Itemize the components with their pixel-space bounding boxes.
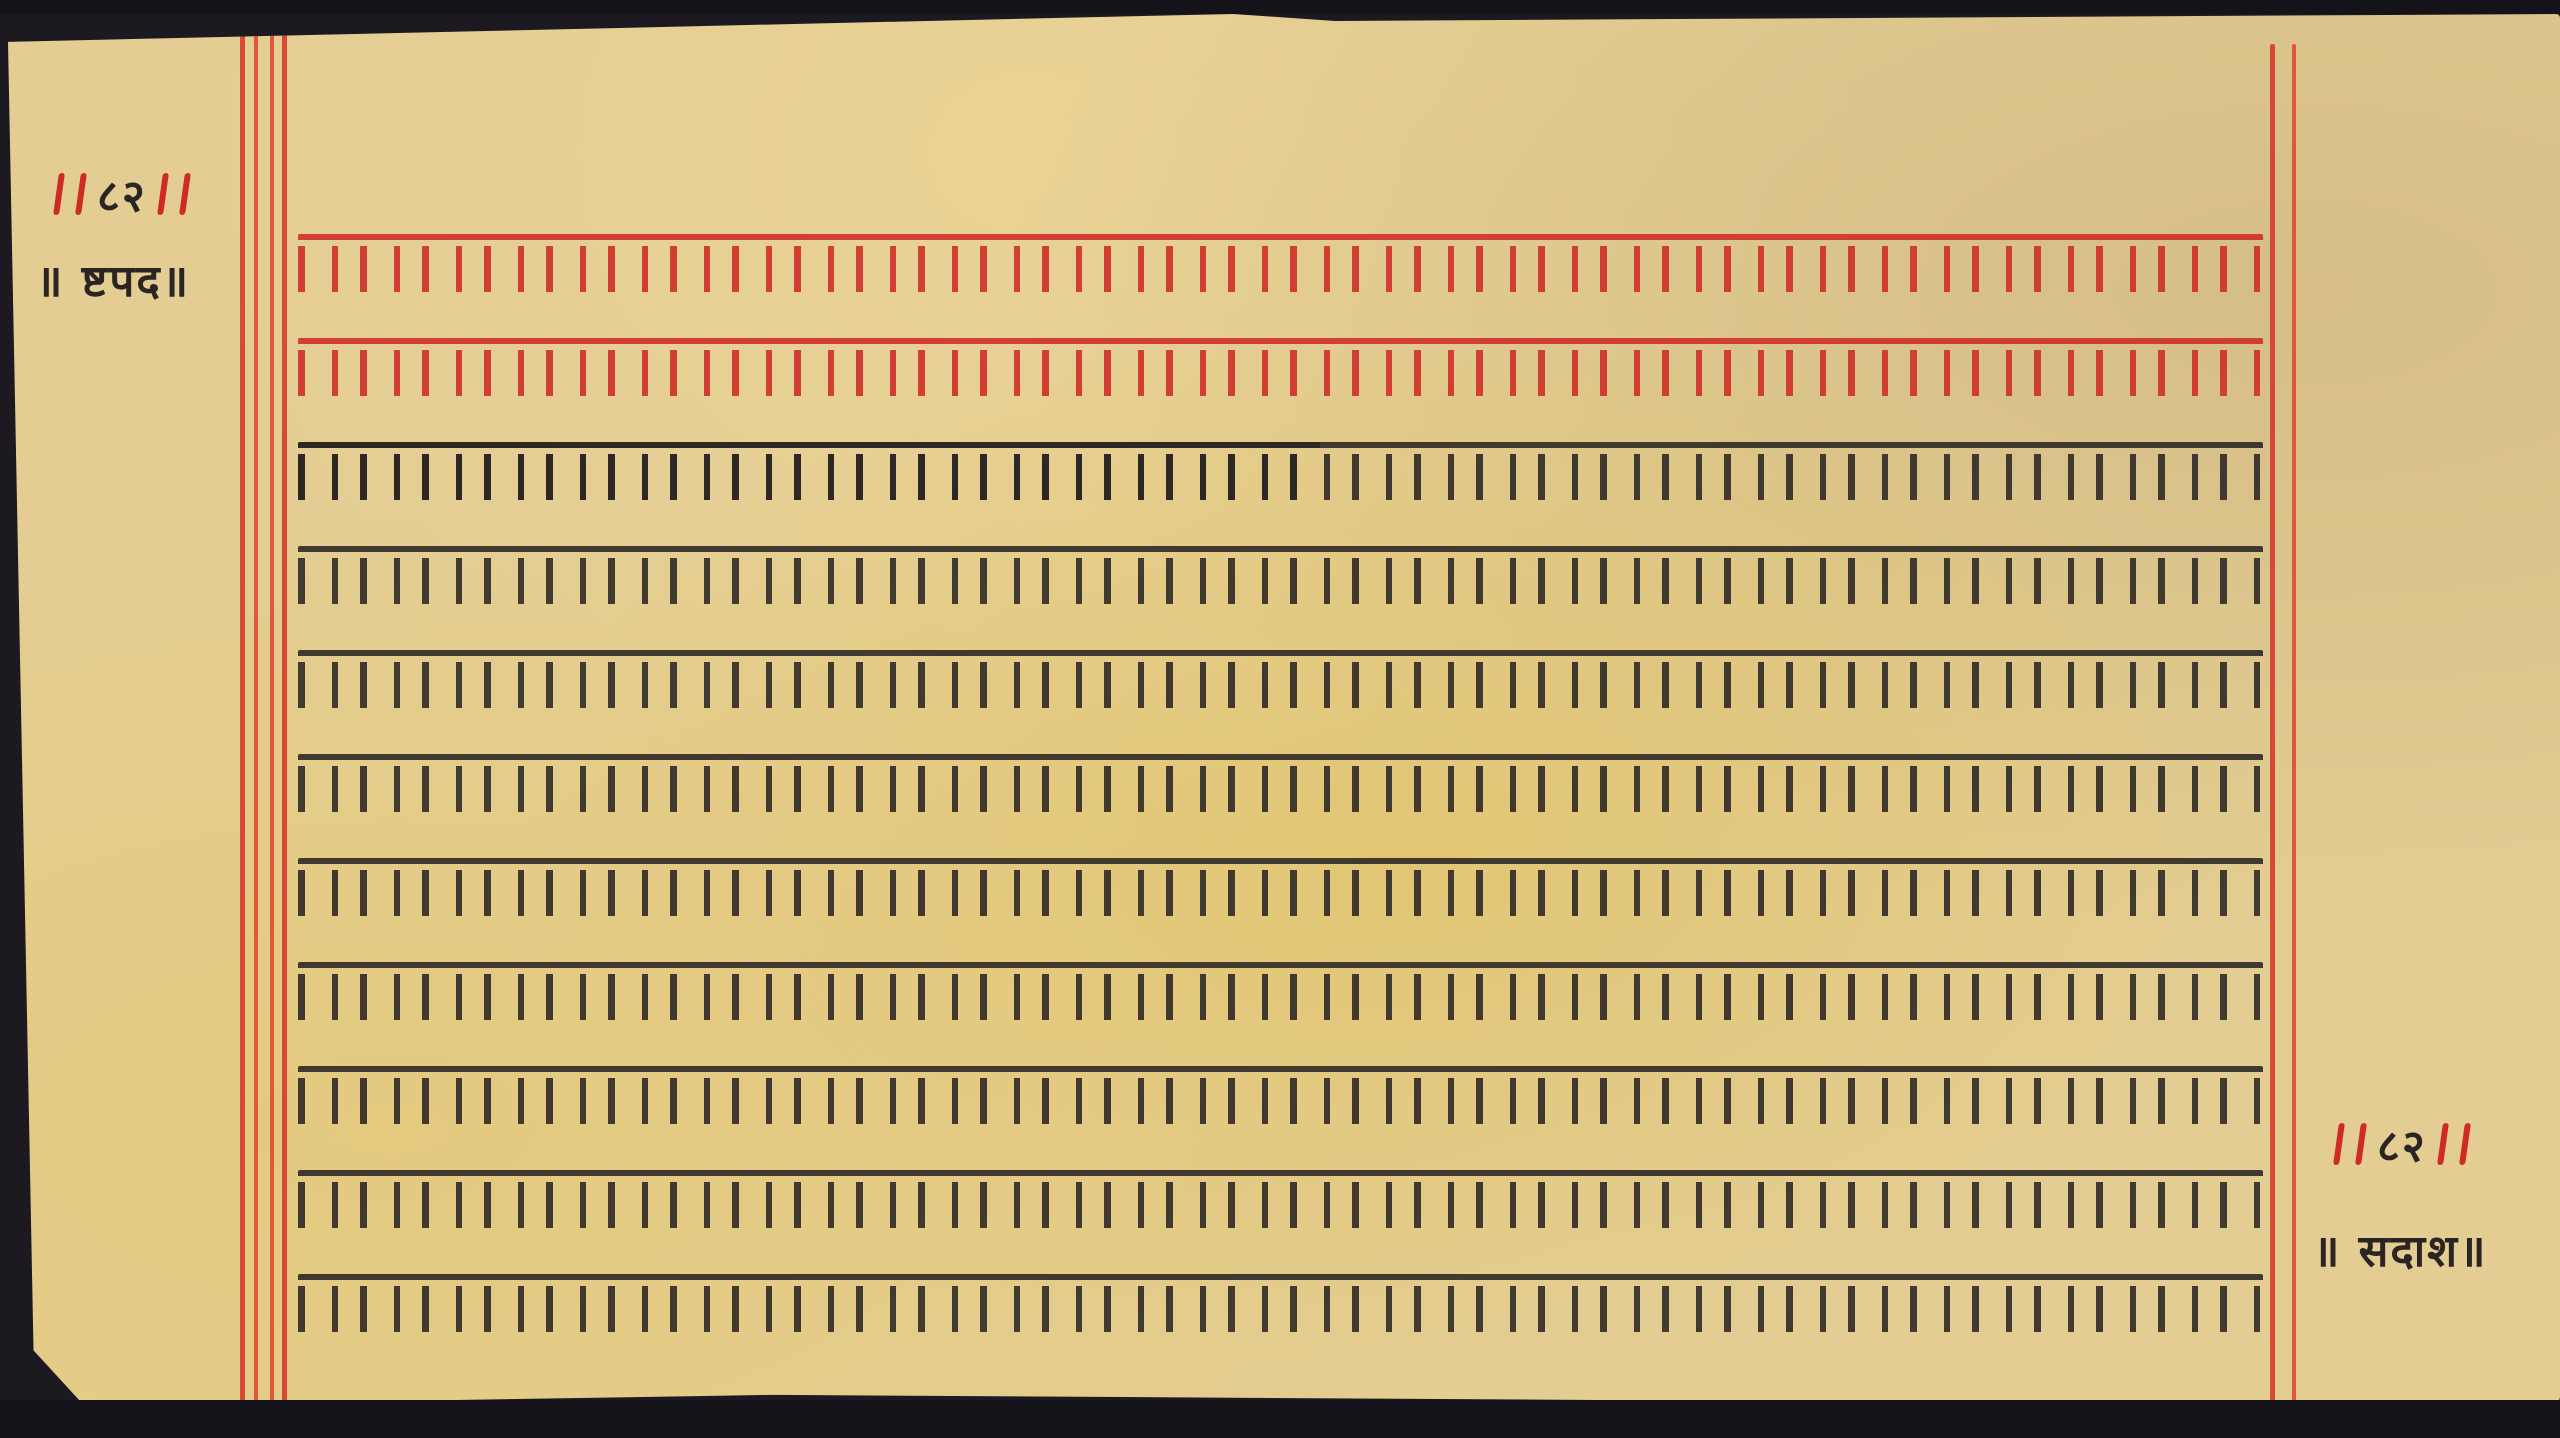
danda-mark [179,173,191,215]
glyph-strokes [298,858,2263,922]
manuscript-folio: ८२ ॥ ष्टपद॥ ८२ ॥ सदाश॥ [8,14,2560,1406]
danda-mark [2333,1123,2345,1165]
glyph-strokes [298,442,1320,506]
glyph-strokes [298,650,2263,714]
text-line-7 [298,858,2263,962]
right-margin-rule [2270,44,2275,1406]
danda-mark [2459,1123,2471,1165]
left-margin-rule [270,14,274,1406]
main-text-block [298,234,2263,1378]
right-folio-number: ८२ [2333,1114,2471,1174]
text-line-11 [298,1274,2263,1378]
left-margin-rule [240,14,245,1406]
left-margin-abbreviation: ॥ ष्टपद॥ [36,249,190,309]
right-margin-abbreviation: ॥ सदाश॥ [2313,1219,2487,1279]
glyph-strokes [298,1170,2263,1234]
danda-mark [157,173,169,215]
left-margin-rule [254,14,258,1406]
background-top [0,0,2560,14]
danda-mark [53,173,65,215]
text-line-2 [298,338,2263,442]
right-margin-rule [2292,44,2296,1406]
text-line-10 [298,1170,2263,1274]
text-line-9 [298,1066,2263,1170]
glyph-strokes [298,1274,2263,1338]
text-line-5 [298,650,2263,754]
text-line-1 [298,234,2263,338]
text-line-8 [298,962,2263,1066]
danda-mark [75,173,87,215]
glyph-strokes [298,338,2263,402]
glyph-strokes [298,754,2263,818]
danda-mark [2355,1123,2367,1165]
glyph-strokes [298,962,2263,1026]
glyph-strokes [298,546,2263,610]
danda-mark [2437,1123,2449,1165]
left-folio-number: ८२ [53,164,191,224]
text-line-4 [298,546,2263,650]
glyph-strokes [298,1066,2263,1130]
glyph-strokes [298,234,2263,298]
left-margin-rule [282,14,287,1406]
text-line-3 [298,442,2263,546]
text-line-6 [298,754,2263,858]
background-bottom [0,1400,2560,1438]
red-rubric-segment [298,442,1320,500]
